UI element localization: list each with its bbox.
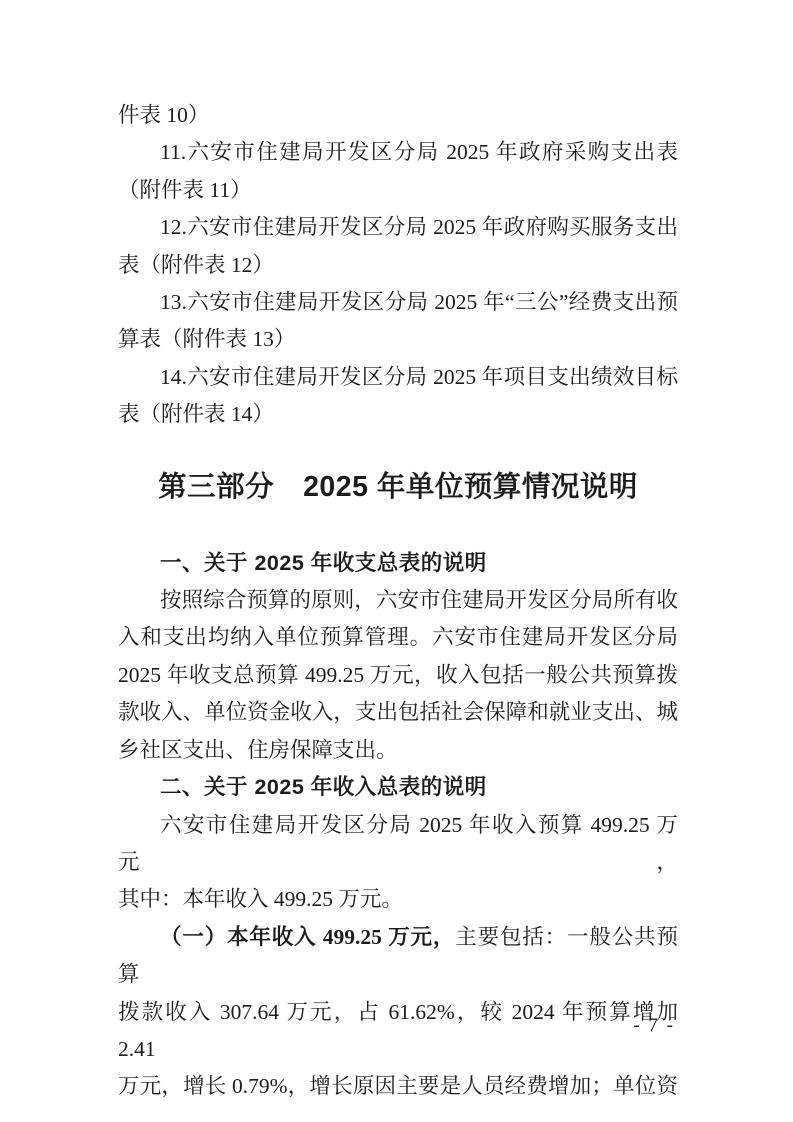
attachment-item-13-line1: 13.六安市住建局开发区分局 2025 年“三公”经费支出预 xyxy=(118,284,678,321)
section1-paragraph-line2: 入和支出均纳入单位预算管理。六安市住建局开发区分局 xyxy=(118,619,678,656)
attachment-item-14-line1: 14.六安市住建局开发区分局 2025 年项目支出绩效目标 xyxy=(118,359,678,396)
attachment-item-10-continuation: 件表 10） xyxy=(118,97,678,134)
section1-heading: 一、关于 2025 年收支总表的说明 xyxy=(118,545,678,582)
attachment-item-12-line1: 12.六安市住建局开发区分局 2025 年政府购买服务支出 xyxy=(118,209,678,246)
section1-paragraph-line1: 按照综合预算的原则，六安市住建局开发区分局所有收 xyxy=(118,582,678,619)
section2-heading: 二、关于 2025 年收入总表的说明 xyxy=(118,769,678,806)
section1-paragraph-line3: 2025 年收支总预算 499.25 万元，收入包括一般公共预算拨 xyxy=(118,657,678,694)
page-content: 件表 10） 11.六安市住建局开发区分局 2025 年政府采购支出表 （附件表… xyxy=(118,97,678,1106)
section2-paragraph1-line2: 其中：本年收入 499.25 万元。 xyxy=(118,881,678,918)
section1-paragraph-line5: 乡社区支出、住房保障支出。 xyxy=(118,732,678,769)
section1-paragraph-line4: 款收入、单位资金收入，支出包括社会保障和就业支出、城 xyxy=(118,694,678,731)
page-number: - 7 - xyxy=(633,1014,673,1038)
attachment-item-14-line2: 表（附件表 14） xyxy=(118,396,678,433)
attachment-item-11-line1: 11.六安市住建局开发区分局 2025 年政府采购支出表 xyxy=(118,134,678,171)
attachment-item-11-line2: （附件表 11） xyxy=(118,172,678,209)
income-total-bold-run: （一）本年收入 499.25 万元， xyxy=(160,925,455,949)
section2-paragraph1-line1: 六安市住建局开发区分局 2025 年收入预算 499.25 万元， xyxy=(118,807,678,882)
part3-title: 第三部分 2025 年单位预算情况说明 xyxy=(118,459,678,515)
attachment-item-12-line2: 表（附件表 12） xyxy=(118,247,678,284)
attachment-item-13-line2: 算表（附件表 13） xyxy=(118,321,678,358)
section2-paragraph2-line3: 万元，增长 0.79%，增长原因主要是人员经费增加；单位资 xyxy=(118,1068,678,1105)
section2-paragraph2-line1: （一）本年收入 499.25 万元，主要包括：一般公共预算 xyxy=(118,919,678,994)
section2-paragraph2-line2: 拨款收入 307.64 万元，占 61.62%，较 2024 年预算增加 2.4… xyxy=(118,994,678,1069)
document-page: 件表 10） 11.六安市住建局开发区分局 2025 年政府采购支出表 （附件表… xyxy=(0,0,793,1122)
